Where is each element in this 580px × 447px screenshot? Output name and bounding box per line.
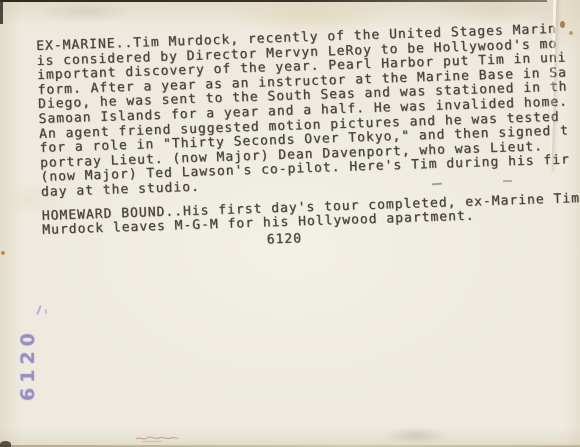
photo-back-paper: EX-MARINE..Tim Murdock, recently of the … [0, 0, 580, 447]
faint-dash-mark [503, 180, 512, 182]
pencil-photo-number: 6120 [17, 328, 39, 401]
top-edge-shadow [0, 0, 547, 2]
orange-speck [1, 251, 5, 255]
bottom-left-corner-speck [0, 441, 11, 447]
typed-caption: EX-MARINE..Tim Murdock, recently of the … [36, 19, 580, 255]
rust-spot [560, 21, 565, 28]
top-left-edge-shadow [0, 0, 3, 24]
gray-smudge [383, 427, 449, 444]
pencil-tick-mark [36, 305, 42, 315]
rust-spot [569, 31, 573, 35]
pencil-tick-mark [45, 309, 48, 314]
caption-paragraph-1: EX-MARINE..Tim Murdock, recently of the … [36, 19, 580, 201]
red-scribble [134, 433, 180, 444]
